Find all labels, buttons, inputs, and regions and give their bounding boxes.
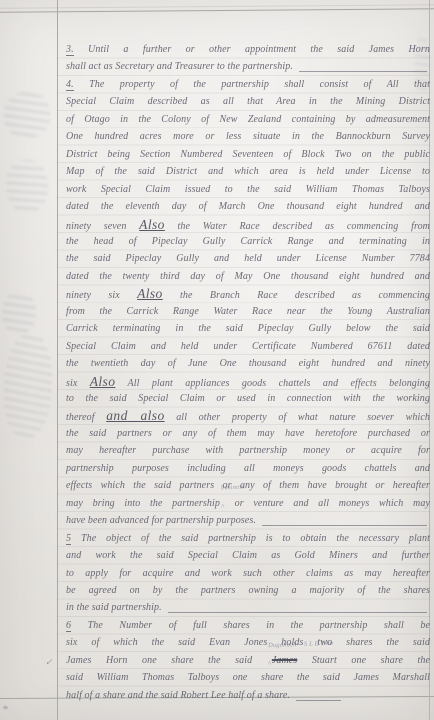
document-line: thereof and also all other property of w… [66,407,430,425]
document-line: effects which the said partners or any o… [66,477,430,495]
handwritten-text: dated the twenty third day of May One th… [66,271,430,282]
handwritten-text: six [66,378,90,389]
handwritten-text: The Number of full shares in the partner… [71,620,430,631]
document-line: 3. Until a further or other appointment … [66,41,430,59]
handwritten-text: Map of the said District and which area … [66,166,430,177]
emphasis-also-word: Also [90,374,116,389]
fill-line [262,524,427,526]
document-line: the said partners or any of them may hav… [66,425,430,443]
document-page: 3. Until a further or other appointment … [0,0,434,720]
document-line: the said Pipeclay Gully and held under L… [66,250,430,268]
ink-speck [3,706,8,709]
handwritten-text: all other property of what nature soever… [165,412,430,423]
document-line: dated the twenty third day of May One th… [66,268,430,286]
margin-check-mark: ✓ [45,654,53,671]
document-line: from the Carrick Range Water Race near t… [66,303,430,321]
handwritten-text: half of a share and the said Robert Lee … [66,687,290,704]
document-line: may bring into the partnership^business … [66,495,430,513]
handwritten-text: All plant appliances goods chattels and … [115,378,430,389]
document-line: be agreed on by the partners owning a ma… [66,582,430,600]
document-line: 4. The property of the partnership shall… [66,76,430,94]
bleed-through-mark [4,92,50,138]
fill-line [168,611,427,613]
handwritten-text: The property of the partnership shall co… [74,79,430,90]
document-line: the head of Pipeclay Gully Carrick Range… [66,233,430,251]
left-margin-rule [57,0,58,720]
handwritten-text: to apply for acquire and work such other… [66,568,430,579]
document-line: One hundred acres more or less situate i… [66,128,430,146]
handwritten-text: the Branch Race described as commencing [163,290,430,301]
handwritten-text: and work the said Special Claim as Gold … [66,550,430,561]
document-line: the twentieth day of June One thousand e… [66,355,430,373]
bleed-through-mark [4,159,50,214]
handwritten-text: James Horn one share the said [66,655,267,666]
handwritten-text: partnership purposes including all money… [66,463,430,474]
handwritten-text: or venture and all moneys which may [225,498,430,509]
handwritten-text: the said Pipeclay Gully and held under L… [66,253,430,264]
handwritten-text: ninety six [66,290,137,301]
document-line: Special Claim described as all that Area… [66,93,430,111]
document-line: 6 The Number of full shares in the partn… [66,617,430,635]
handwritten-text: the Water Race described as commencing f… [165,221,430,232]
handwritten-text: Stuart one share the [297,655,430,666]
caret-mark: ^ [268,660,271,668]
document-line: Carrick terminating in the said Pipeclay… [66,320,430,338]
document-line: partnership purposes including all money… [66,460,430,478]
handwritten-text: Carrick terminating in the said Pipeclay… [66,323,430,334]
handwritten-text: work Special Claim issued to the said Wi… [66,184,430,195]
document-line: ninety seven Also the Water Race describ… [66,216,430,234]
handwritten-text: said William Thomas Talboys one share th… [66,672,430,683]
handwritten-text: District being Section Numbered Seventee… [66,149,430,160]
document-line: to apply for acquire and work such other… [66,565,430,583]
document-line: of Otago in the Colony of New Zealand co… [66,111,430,129]
handwritten-text: from the Carrick Range Water Race near t… [66,306,430,317]
document-line: Map of the said District and which area … [66,163,430,181]
handwritten-text: Special Claim described as all that Area… [66,96,430,107]
handwritten-text: have been advanced for partnership purpo… [66,512,256,529]
handwritten-text: of Otago in the Colony of New Zealand co… [66,114,430,125]
handwritten-text: the twentieth day of June One thousand e… [66,358,430,369]
document-line: 5 The object of the said partnership is … [66,530,430,548]
emphasis-also-word: Also [137,286,163,301]
emphasis-also-word: Also [139,217,165,232]
handwritten-text: One hundred acres more or less situate i… [66,131,430,142]
handwritten-text: be agreed on by the partners owning a ma… [66,585,430,596]
document-line: Special Claim and held under Certificate… [66,338,430,356]
document-line: ninety six Also the Branch Race describe… [66,285,430,303]
handwritten-text: in the said partnership. [66,599,162,616]
handwritten-text: to the said Special Claim or used in con… [66,393,430,404]
document-line: in the said partnership. [66,599,430,617]
document-line: half of a share and the said Robert Lee … [66,687,430,705]
bleed-through-mark [1,333,54,439]
handwritten-text: the said partners or any of them may hav… [66,428,430,439]
document-line: to the said Special Claim or used in con… [66,390,430,408]
handwritten-text: six of which the said Evan Jones holds t… [66,637,430,648]
emphasis-also-word: and also [106,408,164,423]
document-line: dated the eleventh day of March One thou… [66,198,430,216]
struck-word: James [272,655,298,666]
document-line: said William Thomas Talboys one share th… [66,669,430,687]
handwritten-text: shall act as Secretary and Treasurer to … [66,58,293,75]
document-line: James Horn one share the said ^Dugonach … [66,652,430,670]
document-line: shall act as Secretary and Treasurer to … [66,58,430,76]
handwritten-text: The object of the said partnership is to… [71,533,430,544]
fill-line [299,70,427,72]
top-rule [0,8,434,12]
section-number: 4. [66,79,74,91]
handwritten-text: Until a further or other appointment the… [74,44,430,55]
document-line: have been advanced for partnership purpo… [66,512,430,530]
document-line: and work the said Special Claim as Gold … [66,547,430,565]
document-line: six of which the said Evan Jones holds t… [66,634,430,652]
handwritten-text: ninety seven [66,221,139,232]
fill-line [296,699,341,701]
bleed-through-mark [2,292,36,334]
handwritten-text: dated the eleventh day of March One thou… [66,201,430,212]
handwritten-text: may hereafter purchase with partnership … [66,445,430,456]
handwritten-text: effects which the said partners or any o… [66,480,430,491]
interlineation-text: Dugonach – S L E T ho [268,635,334,654]
handwritten-text: Special Claim and held under Certificate… [66,341,430,352]
caret-mark: ^ [221,503,224,511]
document-line: District being Section Numbered Seventee… [66,146,430,164]
handwritten-text: the head of Pipeclay Gully Carrick Range… [66,236,430,247]
section-number: 3. [66,44,74,56]
handwritten-text: thereof [66,412,106,423]
interlineation-text: business [221,478,245,496]
document-line: six Also All plant appliances goods chat… [66,373,430,391]
document-line: may hereafter purchase with partnership … [66,442,430,460]
handwritten-text: may bring into the partnership [66,498,220,509]
document-line: work Special Claim issued to the said Wi… [66,181,430,199]
